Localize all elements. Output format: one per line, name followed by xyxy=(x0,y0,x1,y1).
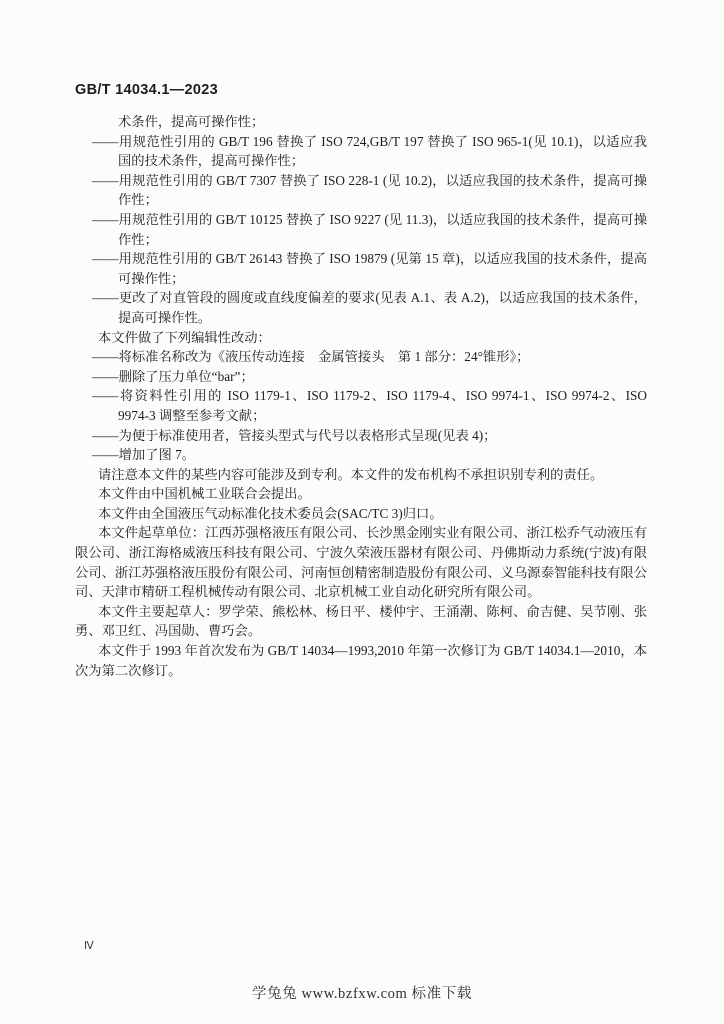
foreword-dash-item: ——更改了对直管段的圆度或直线度偏差的要求(见表 A.1、表 A.2)，以适应我… xyxy=(75,288,647,327)
foreword-dash-item: ——为便于标准使用者，管接头型式与代号以表格形式呈现(见表 4)； xyxy=(75,426,647,446)
foreword-paragraph: 本文件于 1993 年首次发布为 GB/T 14034—1993,2010 年第… xyxy=(75,641,647,680)
foreword-continuation-line: 术条件，提高可操作性； xyxy=(75,112,647,132)
watermark-footer: 学兔兔 www.bzfxw.com 标准下载 xyxy=(0,982,724,1003)
foreword-body: 术条件，提高可操作性；——用规范性引用的 GB/T 196 替换了 ISO 72… xyxy=(75,112,647,680)
foreword-dash-item: ——将资料性引用的 ISO 1179-1、ISO 1179-2、ISO 1179… xyxy=(75,386,647,425)
foreword-paragraph: 本文件起草单位：江西苏强格液压有限公司、长沙黑金刚实业有限公司、浙江松乔气动液压… xyxy=(75,523,647,601)
foreword-dash-item: ——用规范性引用的 GB/T 10125 替换了 ISO 9227 (见 11.… xyxy=(75,210,647,249)
document-page: GB/T 14034.1—2023 术条件，提高可操作性；——用规范性引用的 G… xyxy=(0,0,724,1024)
foreword-dash-item: ——用规范性引用的 GB/T 196 替换了 ISO 724,GB/T 197 … xyxy=(75,132,647,171)
foreword-paragraph: 请注意本文件的某些内容可能涉及到专利。本文件的发布机构不承担识别专利的责任。 xyxy=(75,465,647,485)
foreword-dash-item: ——将标准名称改为《液压传动连接 金属管接头 第 1 部分：24°锥形》； xyxy=(75,347,647,367)
foreword-dash-item: ——删除了压力单位“bar”； xyxy=(75,367,647,387)
foreword-paragraph: 本文件由全国液压气动标准化技术委员会(SAC/TC 3)归口。 xyxy=(75,504,647,524)
foreword-paragraph: 本文件由中国机械工业联合会提出。 xyxy=(75,484,647,504)
foreword-dash-item: ——增加了图 7。 xyxy=(75,445,647,465)
foreword-dash-item: ——用规范性引用的 GB/T 7307 替换了 ISO 228-1 (见 10.… xyxy=(75,171,647,210)
foreword-dash-item: ——用规范性引用的 GB/T 26143 替换了 ISO 19879 (见第 1… xyxy=(75,249,647,288)
foreword-paragraph: 本文件做了下列编辑性改动： xyxy=(75,328,647,348)
standard-number-header: GB/T 14034.1—2023 xyxy=(75,82,218,98)
page-number: Ⅳ xyxy=(84,940,94,952)
foreword-paragraph: 本文件主要起草人：罗学荣、熊松林、杨日平、楼仲宇、王涌潮、陈柯、俞吉健、吴节刚、… xyxy=(75,602,647,641)
